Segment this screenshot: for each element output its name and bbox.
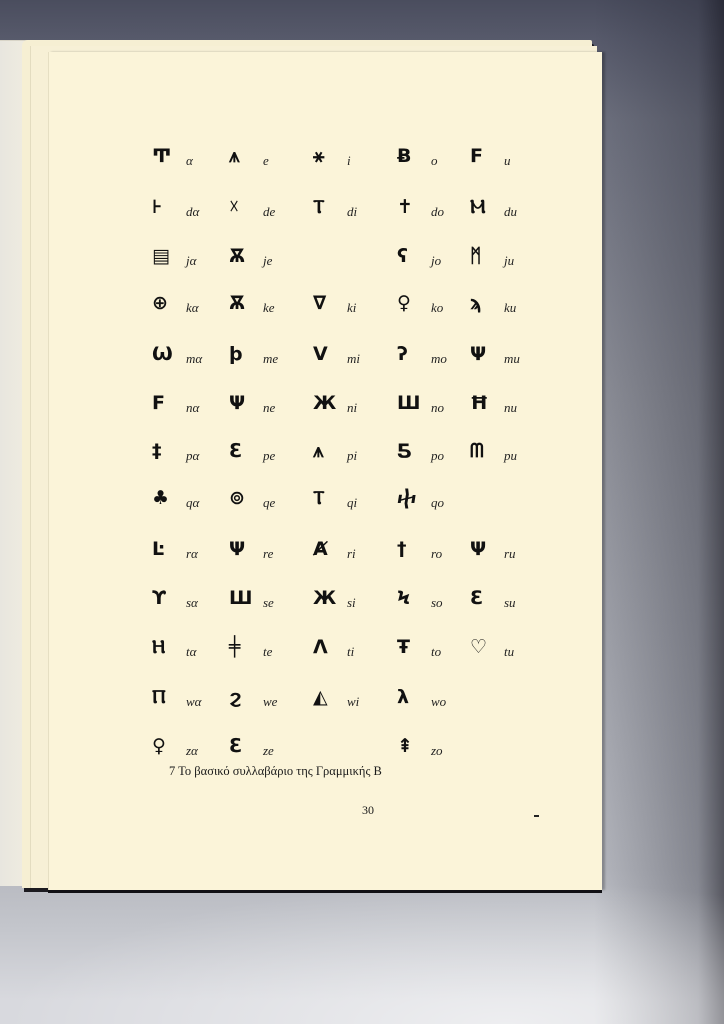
linear-b-sign-icon: ⊦ (152, 196, 162, 218)
linear-b-sign-icon: Ⲧ (313, 487, 325, 509)
linear-b-sign-icon: Ш (229, 587, 252, 609)
syllable-label: su (504, 595, 516, 611)
linear-b-sign-icon: ϡ (470, 292, 482, 314)
linear-b-sign-icon: Ϟ (397, 587, 410, 609)
linear-b-sign-icon: ⩚ (229, 145, 240, 167)
linear-b-sign-icon: Ϝ (470, 145, 483, 167)
syllable-label: je (263, 253, 272, 269)
syllable-label: no (431, 400, 444, 416)
syllable-label: ni (347, 400, 357, 416)
linear-b-sign-icon: Ⱥ (313, 538, 328, 560)
syllable-label: so (431, 595, 443, 611)
syllabary-grid: Ͳα⩚e⚹iɃoϜu⊦dα☓deⲦdi✝doⲘdu▤jαѪjeʕjoᛗju⊕kα… (0, 0, 724, 1024)
linear-b-sign-icon: ☓ (229, 196, 239, 218)
syllable-label: qo (431, 495, 444, 511)
linear-b-sign-icon: Ш (397, 392, 420, 414)
syllable-label: zα (186, 743, 198, 759)
page-number: 30 (362, 803, 374, 818)
syllable-label: ri (347, 546, 356, 562)
syllable-label: pi (347, 448, 357, 464)
linear-b-sign-icon: ϸ (229, 343, 243, 365)
linear-b-sign-icon: ℇ (229, 440, 241, 462)
syllable-label: ne (263, 400, 275, 416)
linear-b-sign-icon: ᛗ (470, 245, 481, 267)
linear-b-sign-icon: ϒ (152, 587, 166, 609)
linear-b-sign-icon: ⴕ (397, 487, 417, 509)
linear-b-sign-icon: Ѫ (229, 292, 245, 314)
linear-b-sign-icon: Ψ (470, 343, 486, 365)
linear-b-sign-icon: ‡ (152, 440, 162, 462)
linear-b-sign-icon: Ѡ (152, 343, 173, 365)
linear-b-sign-icon: ∇ (313, 292, 326, 314)
linear-b-sign-icon: ╪ (229, 636, 240, 658)
syllable-label: mu (504, 351, 520, 367)
linear-b-sign-icon: ℇ (229, 735, 241, 757)
syllable-label: sα (186, 595, 198, 611)
linear-b-sign-icon: Ψ (470, 538, 486, 560)
linear-b-sign-icon: Ⲙ (470, 196, 486, 218)
syllable-label: o (431, 153, 438, 169)
linear-b-sign-icon: ♣ (152, 487, 169, 509)
syllable-label: α (186, 153, 193, 169)
linear-b-sign-icon: Ƽ (397, 440, 412, 462)
syllable-label: wi (347, 694, 359, 710)
syllable-label: rα (186, 546, 198, 562)
linear-b-sign-icon: ◭ (313, 686, 328, 708)
linear-b-sign-icon: ⊚ (229, 487, 245, 509)
linear-b-sign-icon: ♀ (152, 735, 166, 757)
syllable-label: nu (504, 400, 517, 416)
syllable-label: ju (504, 253, 514, 269)
linear-b-sign-icon: Ŀ (152, 538, 164, 560)
scan-speck (534, 815, 539, 817)
syllable-label: we (263, 694, 277, 710)
syllable-label: tu (504, 644, 514, 660)
figure-caption: 7 Το βασικό συλλαβάριο της Γραμμικής Β (169, 764, 382, 779)
syllable-label: jα (186, 253, 196, 269)
syllable-label: tα (186, 644, 196, 660)
syllable-label: ke (263, 300, 275, 316)
linear-b-sign-icon: λ (397, 686, 409, 708)
linear-b-sign-icon: † (397, 538, 407, 560)
syllable-label: ro (431, 546, 442, 562)
syllable-label: do (431, 204, 444, 220)
syllable-label: jo (431, 253, 441, 269)
linear-b-sign-icon: ⇞ (397, 735, 413, 757)
linear-b-sign-icon: Ⲡ (152, 686, 166, 708)
linear-b-sign-icon: Ⲏ (152, 636, 165, 658)
syllable-label: i (347, 153, 351, 169)
syllable-label: du (504, 204, 517, 220)
linear-b-sign-icon: Ѫ (229, 245, 245, 267)
syllable-label: mo (431, 351, 447, 367)
syllable-label: di (347, 204, 357, 220)
syllable-label: pe (263, 448, 275, 464)
syllable-label: ze (263, 743, 274, 759)
syllable-label: ki (347, 300, 356, 316)
syllable-label: se (263, 595, 274, 611)
syllable-label: mα (186, 351, 202, 367)
linear-b-sign-icon: Ͳ (152, 145, 171, 167)
linear-b-sign-icon: Ψ (229, 392, 245, 414)
syllable-label: ti (347, 644, 354, 660)
linear-b-sign-icon: ♡ (470, 636, 487, 658)
syllable-label: dα (186, 204, 199, 220)
syllable-label: e (263, 153, 269, 169)
linear-b-sign-icon: ʕ (397, 245, 408, 267)
linear-b-sign-icon: Ɛ (470, 587, 483, 609)
syllable-label: qα (186, 495, 199, 511)
syllable-label: ku (504, 300, 516, 316)
syllable-label: ko (431, 300, 443, 316)
linear-b-sign-icon: ♀ (397, 292, 411, 314)
syllable-label: ru (504, 546, 516, 562)
linear-b-sign-icon: Ⲧ (313, 196, 325, 218)
syllable-label: te (263, 644, 272, 660)
linear-b-sign-icon: V (313, 343, 328, 365)
syllable-label: wo (431, 694, 446, 710)
syllable-label: mi (347, 351, 360, 367)
syllable-label: u (504, 153, 511, 169)
syllable-label: wα (186, 694, 202, 710)
linear-b-sign-icon: ⊕ (152, 292, 168, 314)
syllable-label: si (347, 595, 356, 611)
linear-b-sign-icon: ϩ (229, 686, 241, 708)
syllable-label: pα (186, 448, 199, 464)
syllable-label: me (263, 351, 278, 367)
syllable-label: nα (186, 400, 199, 416)
linear-b-sign-icon: Λ (313, 636, 328, 658)
linear-b-sign-icon: Ψ (229, 538, 245, 560)
linear-b-sign-icon: ⚹ (313, 145, 324, 167)
linear-b-sign-icon: ✝ (397, 196, 413, 218)
syllable-label: de (263, 204, 275, 220)
linear-b-sign-icon: ▤ (152, 245, 170, 267)
linear-b-sign-icon: ⩚ (313, 440, 324, 462)
linear-b-sign-icon: Ƀ (397, 145, 411, 167)
linear-b-sign-icon: ᗰ (470, 440, 484, 462)
syllable-label: qe (263, 495, 275, 511)
linear-b-sign-icon: ʔ (397, 343, 408, 365)
syllable-label: qi (347, 495, 357, 511)
syllable-label: zo (431, 743, 443, 759)
syllable-label: kα (186, 300, 199, 316)
linear-b-sign-icon: Ϝ (152, 392, 165, 414)
syllable-label: to (431, 644, 441, 660)
syllable-label: re (263, 546, 273, 562)
linear-b-sign-icon: Ж (313, 392, 336, 414)
syllable-label: pu (504, 448, 517, 464)
linear-b-sign-icon: Ŧ (397, 636, 410, 658)
linear-b-sign-icon: Ж (313, 587, 336, 609)
syllable-label: po (431, 448, 444, 464)
linear-b-sign-icon: Ħ (470, 392, 489, 414)
